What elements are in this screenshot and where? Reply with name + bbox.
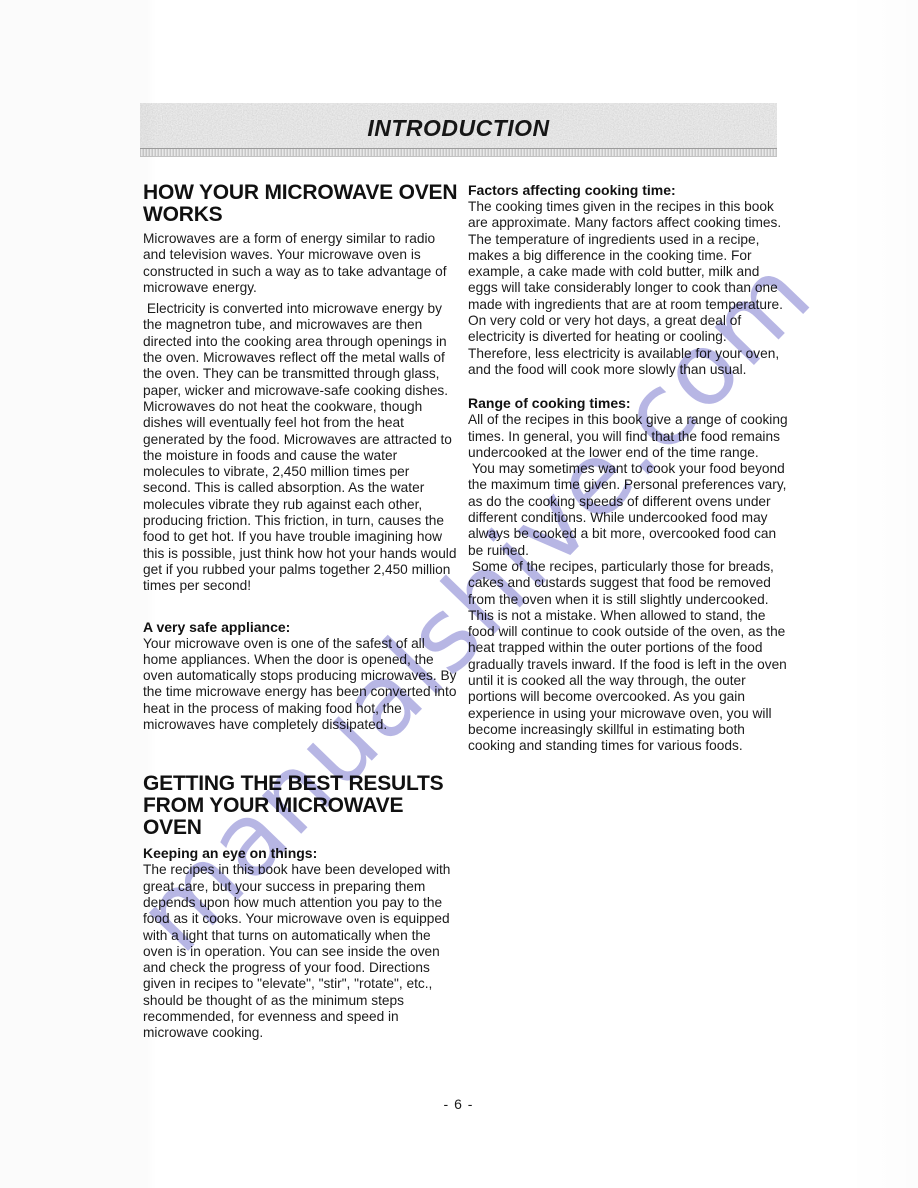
paragraph-range-1: All of the recipes in this book give a r… [468, 412, 788, 461]
paragraph-range-3: Some of the recipes, particularly those … [468, 559, 788, 755]
heading-getting-best-results: GETTING THE BEST RESULTS FROM YOUR MICRO… [143, 773, 459, 839]
paragraph-factors-1: The cooking times given in the recipes i… [468, 199, 788, 313]
paragraph-range-2: You may sometimes want to cook your food… [468, 461, 788, 559]
paragraph-keeping-an-eye: The recipes in this book have been devel… [143, 862, 459, 1041]
section-header-bar: INTRODUCTION [140, 103, 777, 148]
manual-page: INTRODUCTION HOW YOUR MICROWAVE OVEN WOR… [0, 0, 918, 1188]
heading-how-your-microwave-oven-works: HOW YOUR MICROWAVE OVEN WORKS [143, 182, 459, 226]
header-bar-bottom-edge [140, 148, 777, 157]
subheading-range-of-cooking-times: Range of cooking times: [468, 395, 788, 412]
subheading-keeping-an-eye: Keeping an eye on things: [143, 845, 459, 862]
left-column: HOW YOUR MICROWAVE OVEN WORKS Microwaves… [143, 182, 459, 1042]
paragraph-safe-appliance: Your microwave oven is one of the safest… [143, 636, 459, 734]
right-column: Factors affecting cooking time: The cook… [468, 182, 788, 755]
paragraph-factors-2: On very cold or very hot days, a great d… [468, 313, 788, 378]
page-number: - 6 - [140, 1096, 777, 1112]
page-title: INTRODUCTION [140, 103, 777, 148]
paragraph-works-detail: Electricity is converted into microwave … [143, 301, 459, 594]
subheading-factors-affecting-cooking-time: Factors affecting cooking time: [468, 182, 788, 199]
subheading-very-safe-appliance: A very safe appliance: [143, 619, 459, 636]
paragraph-works-intro: Microwaves are a form of energy similar … [143, 231, 459, 296]
